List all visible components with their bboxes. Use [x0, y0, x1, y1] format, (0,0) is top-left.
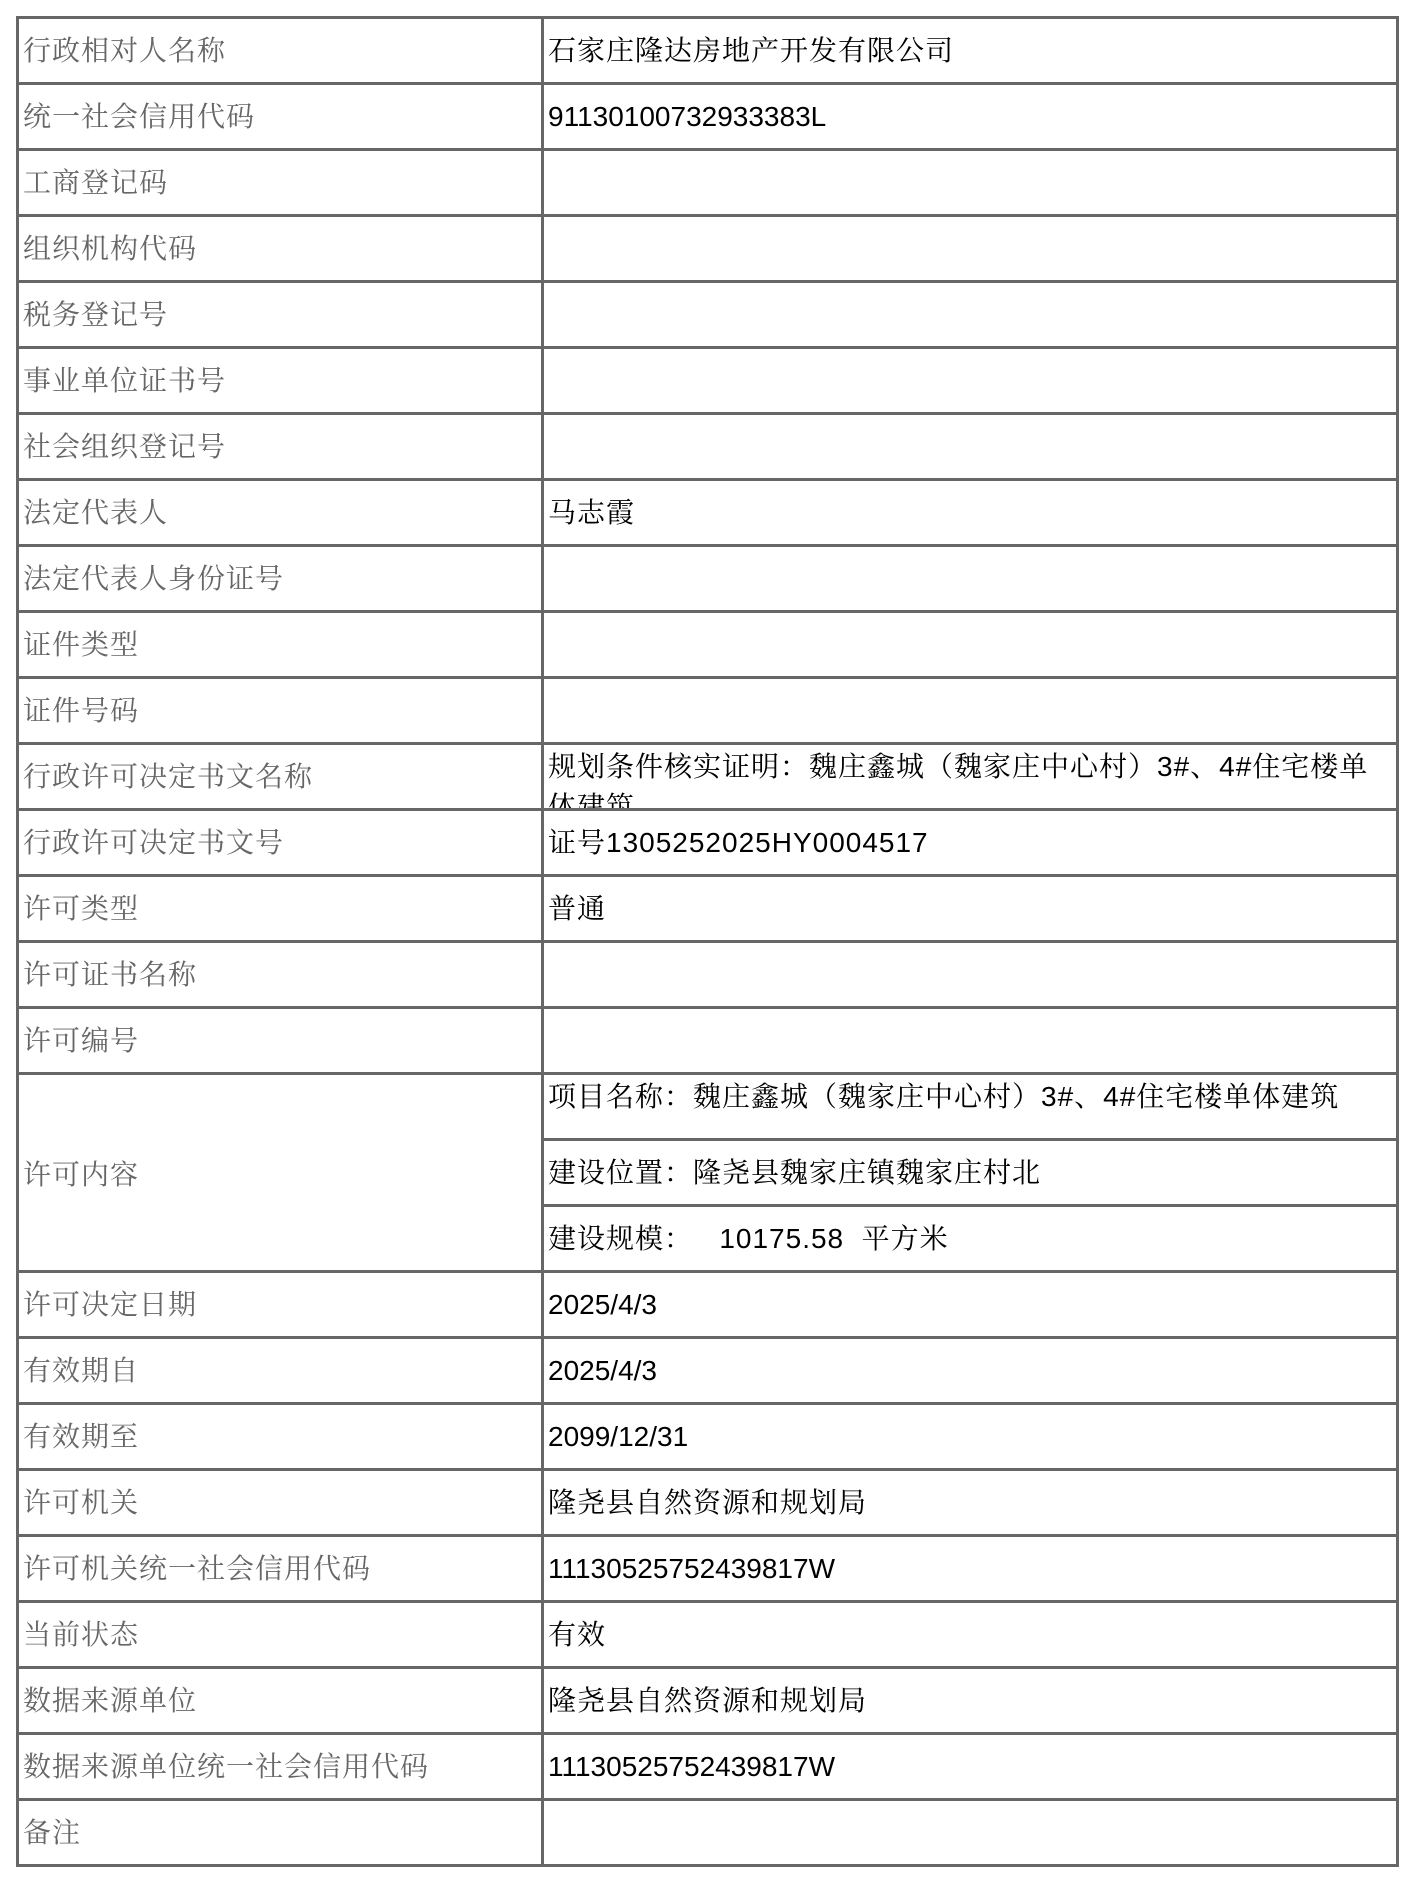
- label-admin-counterpart-name: 行政相对人名称: [19, 19, 541, 82]
- label-institution-certificate-number: 事业单位证书号: [19, 349, 541, 412]
- label-data-source-credit-code: 数据来源单位统一社会信用代码: [19, 1735, 541, 1798]
- label-legal-representative-id: 法定代表人身份证号: [19, 547, 541, 610]
- label-current-status: 当前状态: [19, 1603, 541, 1666]
- value-legal-representative: 马志霞: [544, 481, 1396, 544]
- permit-info-table: 行政相对人名称 石家庄隆达房地产开发有限公司 统一社会信用代码 91130100…: [16, 16, 1399, 1867]
- value-permit-authority: 隆尧县自然资源和规划局: [544, 1471, 1396, 1534]
- label-decision-date: 许可决定日期: [19, 1273, 541, 1336]
- value-permit-number: [544, 1009, 1396, 1072]
- label-decision-document-name: 行政许可决定书文名称: [19, 745, 541, 808]
- value-permit-content-project-name: 项目名称：魏庄鑫城（魏家庄中心村）3#、4#住宅楼单体建筑: [544, 1075, 1396, 1138]
- value-institution-certificate-number: [544, 349, 1396, 412]
- value-legal-representative-id: [544, 547, 1396, 610]
- label-data-source-unit: 数据来源单位: [19, 1669, 541, 1732]
- value-valid-from: 2025/4/3: [544, 1339, 1396, 1402]
- label-organization-code: 组织机构代码: [19, 217, 541, 280]
- value-permit-content-location: 建设位置：隆尧县魏家庄镇魏家庄村北: [544, 1141, 1396, 1204]
- label-tax-registration-number: 税务登记号: [19, 283, 541, 346]
- label-decision-document-number: 行政许可决定书文号: [19, 811, 541, 874]
- value-admin-counterpart-name: 石家庄隆达房地产开发有限公司: [544, 19, 1396, 82]
- value-decision-document-number: 证号1305252025HY0004517: [544, 811, 1396, 874]
- value-permit-content-scale: 建设规模： 10175.58 平方米: [544, 1207, 1396, 1270]
- label-authority-credit-code: 许可机关统一社会信用代码: [19, 1537, 541, 1600]
- label-certificate-number: 证件号码: [19, 679, 541, 742]
- label-permit-certificate-name: 许可证书名称: [19, 943, 541, 1006]
- value-remarks: [544, 1801, 1396, 1864]
- value-certificate-number: [544, 679, 1396, 742]
- label-certificate-type: 证件类型: [19, 613, 541, 676]
- label-legal-representative: 法定代表人: [19, 481, 541, 544]
- value-tax-registration-number: [544, 283, 1396, 346]
- value-data-source-unit: 隆尧县自然资源和规划局: [544, 1669, 1396, 1732]
- value-data-source-credit-code: 11130525752439817W: [544, 1735, 1396, 1798]
- value-social-org-registration-number: [544, 415, 1396, 478]
- label-business-registration-code: 工商登记码: [19, 151, 541, 214]
- value-authority-credit-code: 11130525752439817W: [544, 1537, 1396, 1600]
- value-decision-date: 2025/4/3: [544, 1273, 1396, 1336]
- permit-content-label-text: 许可内容: [23, 1153, 139, 1193]
- label-unified-credit-code: 统一社会信用代码: [19, 85, 541, 148]
- label-permit-authority: 许可机关: [19, 1471, 541, 1534]
- value-current-status: 有效: [544, 1603, 1396, 1666]
- label-valid-to: 有效期至: [19, 1405, 541, 1468]
- value-permit-certificate-name: [544, 943, 1396, 1006]
- value-decision-document-name: 规划条件核实证明：魏庄鑫城（魏家庄中心村）3#、4#住宅楼单体建筑: [544, 745, 1396, 808]
- label-valid-from: 有效期自: [19, 1339, 541, 1402]
- value-organization-code: [544, 217, 1396, 280]
- label-permit-number: 许可编号: [19, 1009, 541, 1072]
- value-permit-type: 普通: [544, 877, 1396, 940]
- label-permit-content: 许可内容: [19, 1075, 541, 1270]
- value-valid-to: 2099/12/31: [544, 1405, 1396, 1468]
- label-remarks: 备注: [19, 1801, 541, 1864]
- value-business-registration-code: [544, 151, 1396, 214]
- value-certificate-type: [544, 613, 1396, 676]
- label-permit-type: 许可类型: [19, 877, 541, 940]
- label-social-org-registration-number: 社会组织登记号: [19, 415, 541, 478]
- value-unified-credit-code: 91130100732933383L: [544, 85, 1396, 148]
